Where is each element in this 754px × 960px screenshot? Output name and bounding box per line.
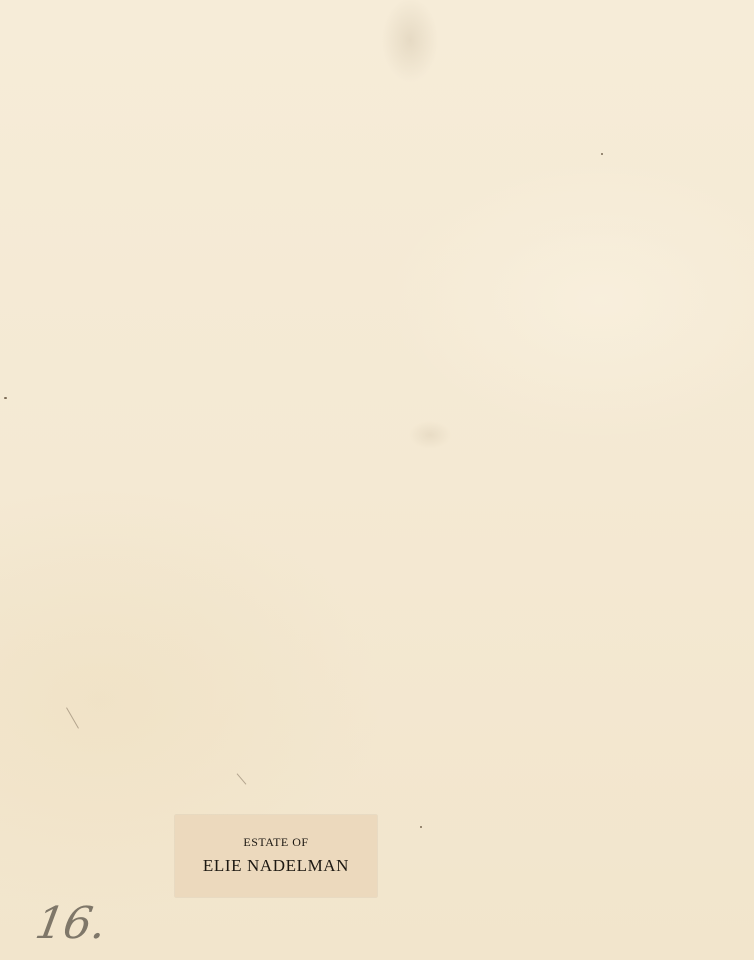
paper-sheet xyxy=(0,0,754,960)
paper-speck xyxy=(4,397,7,399)
estate-label: ESTATE OF ELIE NADELMAN xyxy=(175,815,377,897)
paper-speck xyxy=(420,826,422,828)
handwritten-number: 16. xyxy=(32,898,111,949)
label-estate-of: ESTATE OF xyxy=(175,835,377,850)
label-artist-name: ELIE NADELMAN xyxy=(175,856,377,876)
paper-speck xyxy=(601,153,603,155)
